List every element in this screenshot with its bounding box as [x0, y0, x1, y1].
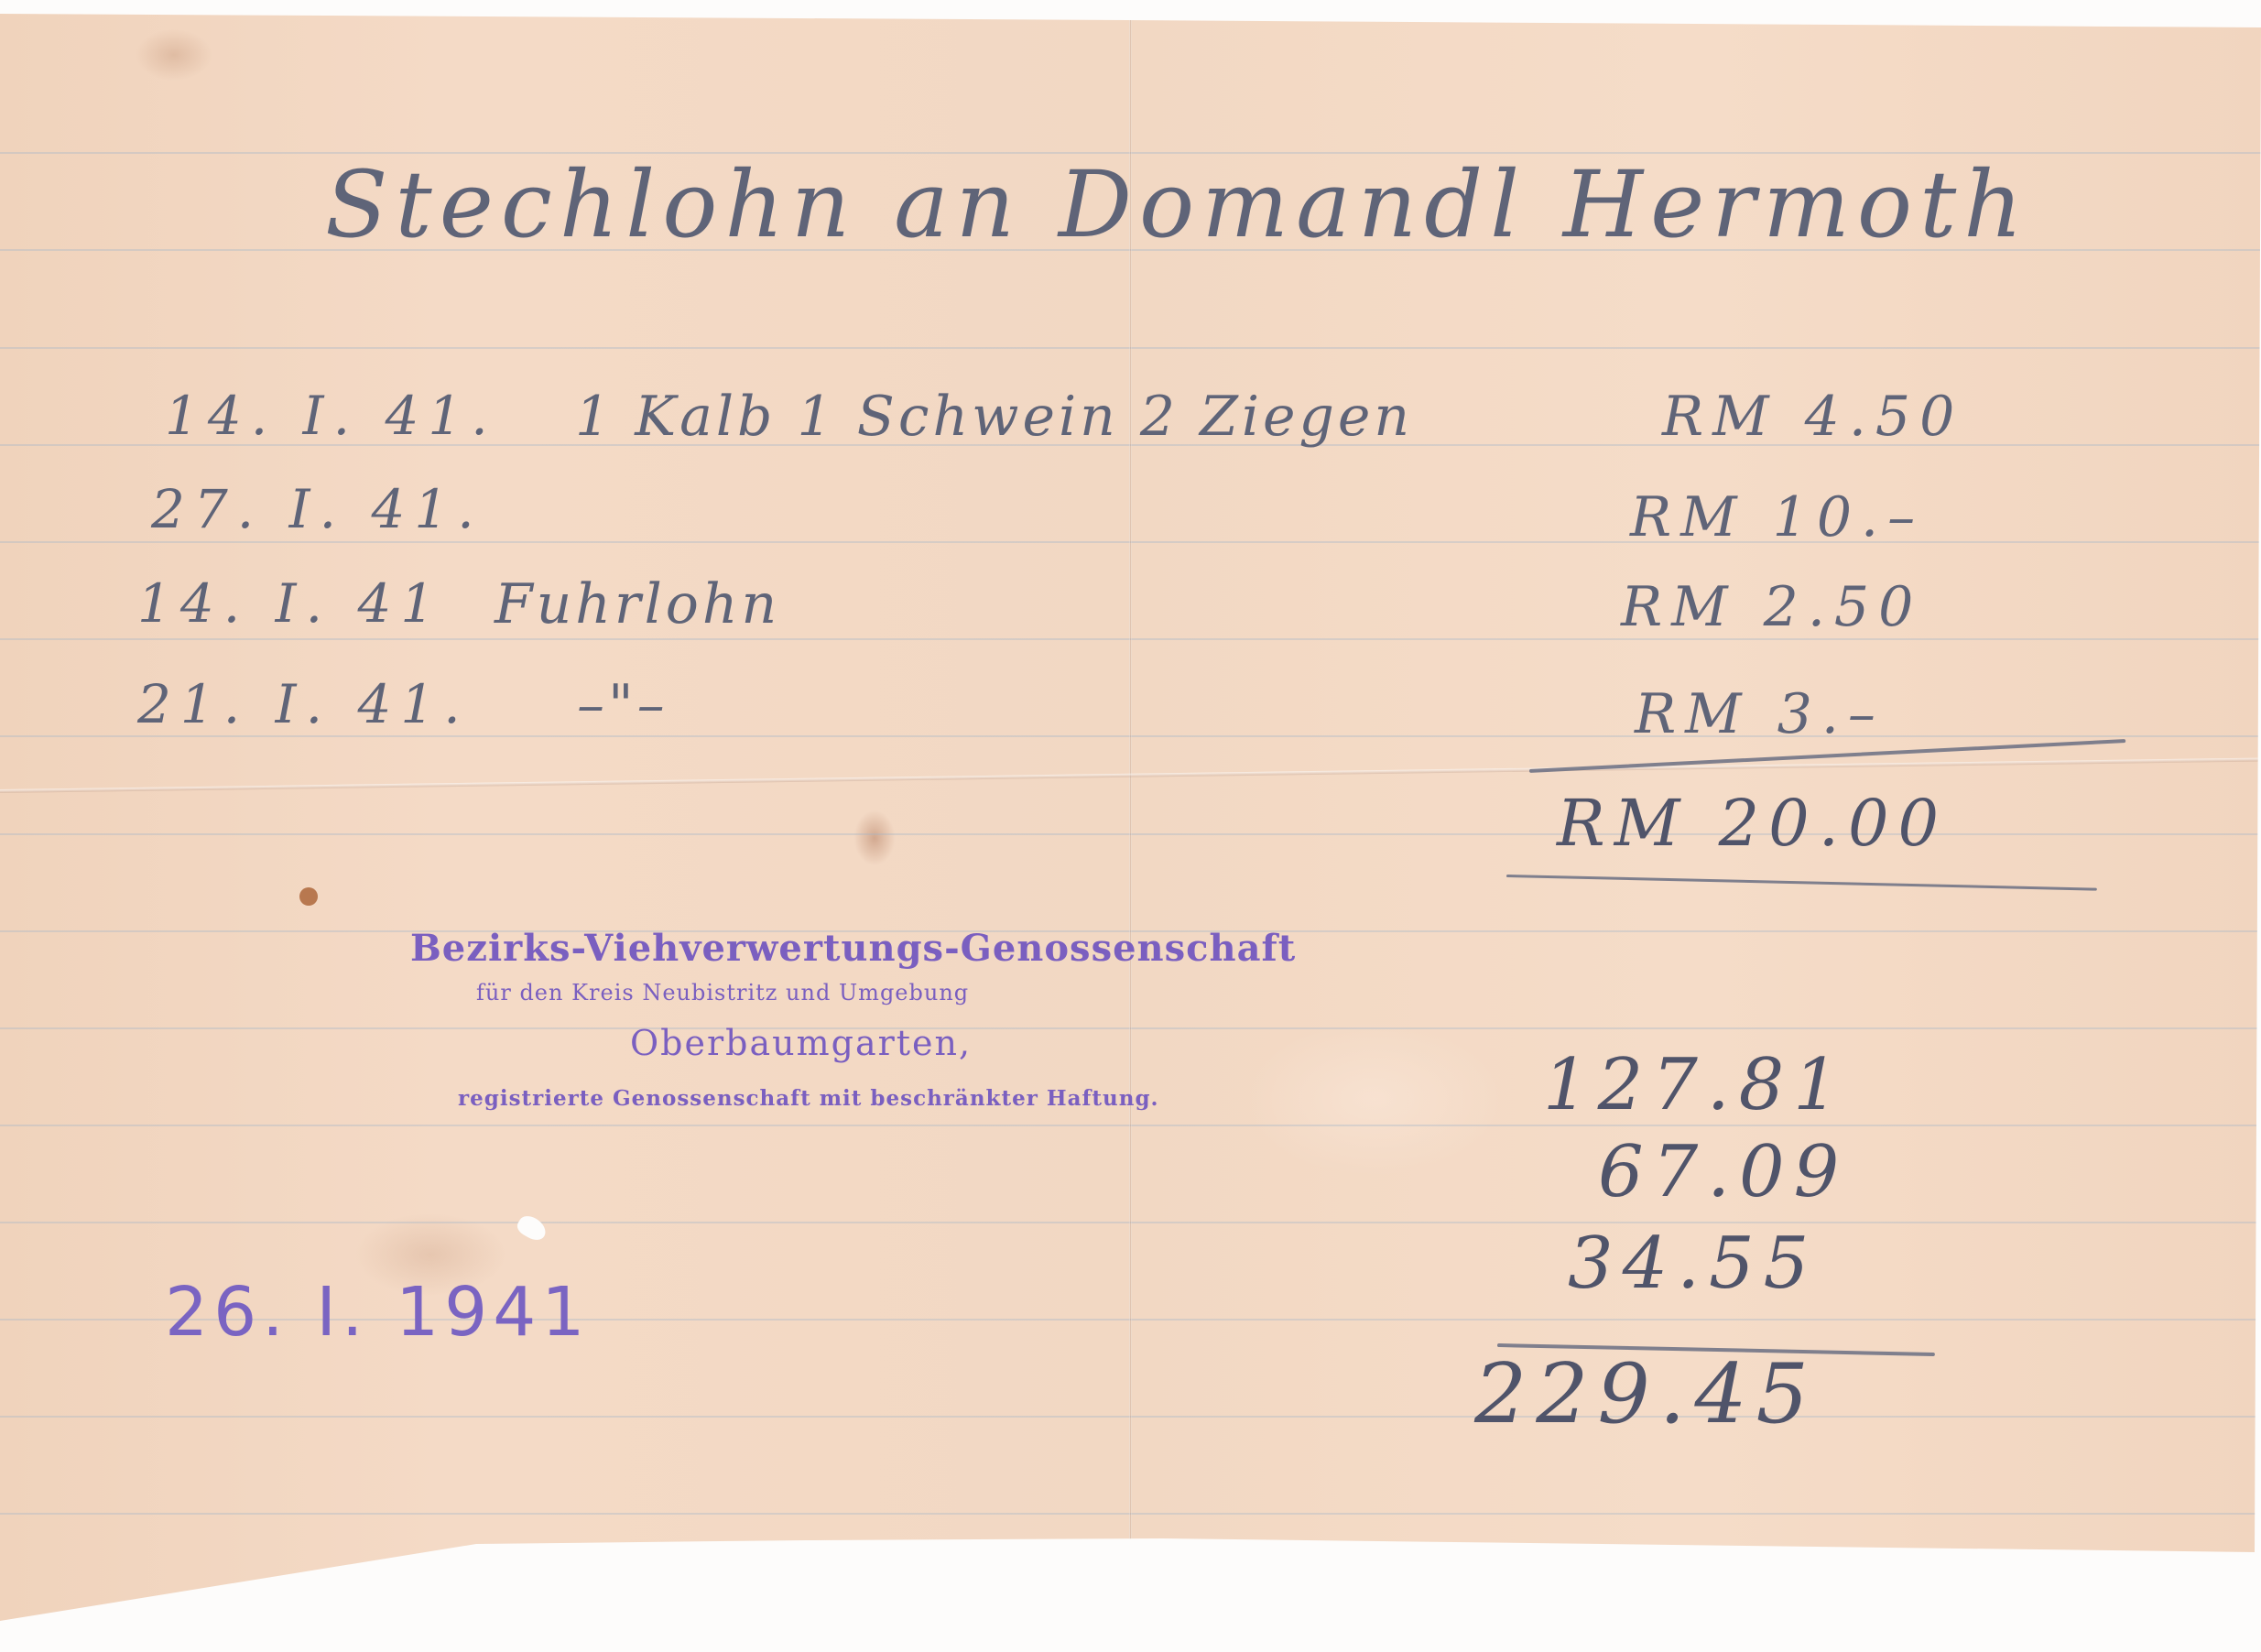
total-rule-bottom [1506, 875, 2097, 891]
entry-amount: RM 10.– [1630, 485, 1924, 549]
entry-amount: RM 4.50 [1662, 385, 1963, 449]
stain-spot [299, 887, 318, 906]
entry-date: 14. I. 41. [165, 385, 497, 447]
entry-date: 27. I. 41. [151, 478, 484, 540]
entry-amount: RM 3.– [1635, 682, 1885, 746]
addend: 67.09 [1598, 1131, 1848, 1213]
paper-hole [515, 1212, 550, 1244]
entry-amount: RM 2.50 [1621, 575, 1922, 639]
addend: 34.55 [1568, 1223, 1818, 1305]
stamp-legal-form: registrierte Genossenschaft mit beschrän… [458, 1086, 1159, 1111]
entry-description: Fuhrlohn [495, 572, 780, 636]
date-stamp: 26. I. 1941 [165, 1273, 590, 1352]
stamp-location: Oberbaumgarten, [630, 1023, 972, 1063]
addend: 127.81 [1543, 1044, 1848, 1126]
entry-date: 21. I. 41. [137, 673, 470, 735]
entries-total: RM 20.00 [1557, 786, 1948, 861]
entry-date: 14. I. 41 [137, 572, 443, 635]
calculation-sum: 229.45 [1474, 1346, 1818, 1442]
document-title: Stechlohn an Domandl Hermoth [325, 151, 2030, 258]
stamp-region: für den Kreis Neubistritz und Umgebung [476, 980, 969, 1005]
paper-sheet: Stechlohn an Domandl Hermoth 14. I. 41. … [0, 0, 2261, 1652]
entry-description: –"– [577, 673, 669, 737]
entry-description: 1 Kalb 1 Schwein 2 Ziegen [575, 385, 1413, 449]
stamp-org-name: Bezirks-Viehverwertungs-Genossenschaft [410, 927, 1296, 970]
